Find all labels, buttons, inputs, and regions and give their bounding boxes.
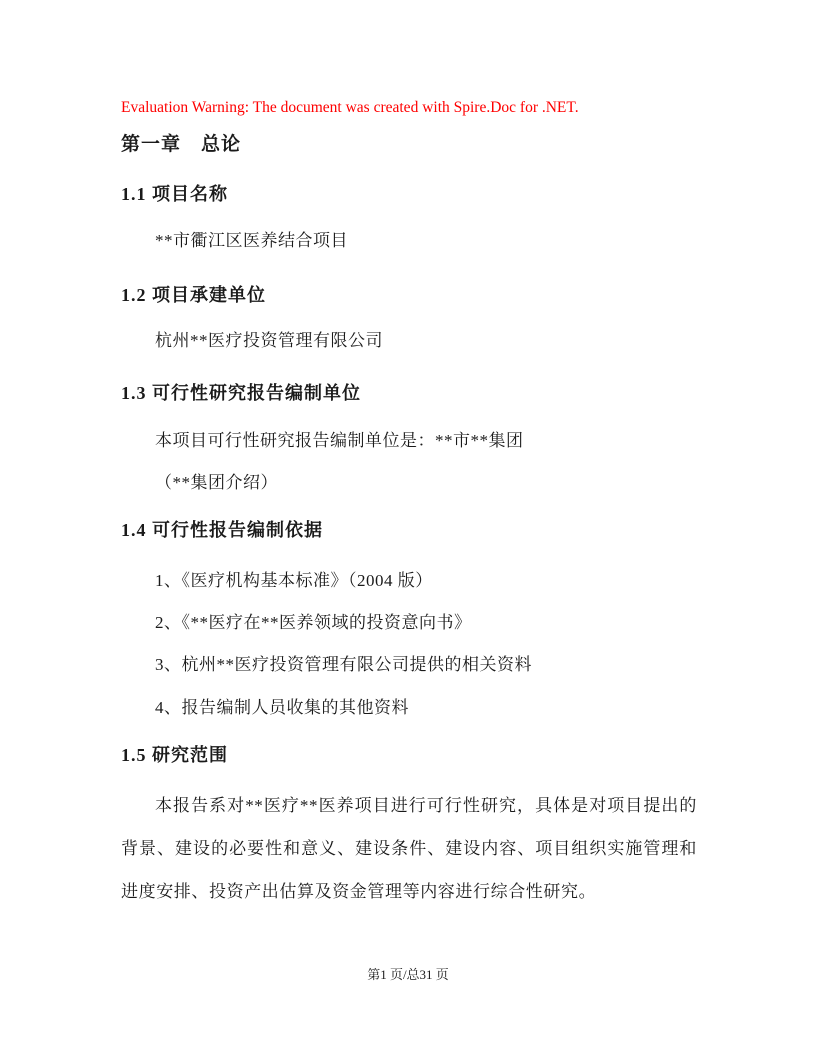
document-page: Evaluation Warning: The document was cre… bbox=[0, 0, 816, 1056]
section-1-5-paragraph: 本报告系对**医疗**医养项目进行可行性研究，具体是对项目提出的背景、建设的必要… bbox=[121, 784, 697, 913]
section-heading-1-4: 1.4 可行性报告编制依据 bbox=[121, 519, 697, 542]
section-1-2-paragraph: 杭州**医疗投资管理有限公司 bbox=[121, 330, 697, 352]
section-1-3-paragraph-2: （**集团介绍） bbox=[121, 472, 697, 494]
section-1-4-list-item-4: 4、报告编制人员收集的其他资料 bbox=[121, 697, 697, 719]
section-heading-1-2: 1.2 项目承建单位 bbox=[121, 284, 697, 307]
section-1-4-list-item-1: 1、《医疗机构基本标准》（2004 版） bbox=[121, 570, 697, 592]
page-number-footer: 第1 页/总31 页 bbox=[0, 966, 816, 984]
section-1-1-paragraph: **市衢江区医养结合项目 bbox=[121, 230, 697, 252]
chapter-heading: 第一章 总论 bbox=[121, 133, 697, 157]
section-1-4-list-item-2: 2、《**医疗在**医养领域的投资意向书》 bbox=[121, 612, 697, 634]
section-heading-1-3: 1.3 可行性研究报告编制单位 bbox=[121, 382, 697, 405]
section-1-4-list-item-3: 3、杭州**医疗投资管理有限公司提供的相关资料 bbox=[121, 654, 697, 676]
document-content: Evaluation Warning: The document was cre… bbox=[121, 0, 697, 913]
section-heading-1-1: 1.1 项目名称 bbox=[121, 183, 697, 206]
section-1-3-paragraph-1: 本项目可行性研究报告编制单位是：**市**集团 bbox=[121, 430, 697, 452]
section-heading-1-5: 1.5 研究范围 bbox=[121, 744, 697, 767]
evaluation-warning-text: Evaluation Warning: The document was cre… bbox=[121, 98, 697, 118]
